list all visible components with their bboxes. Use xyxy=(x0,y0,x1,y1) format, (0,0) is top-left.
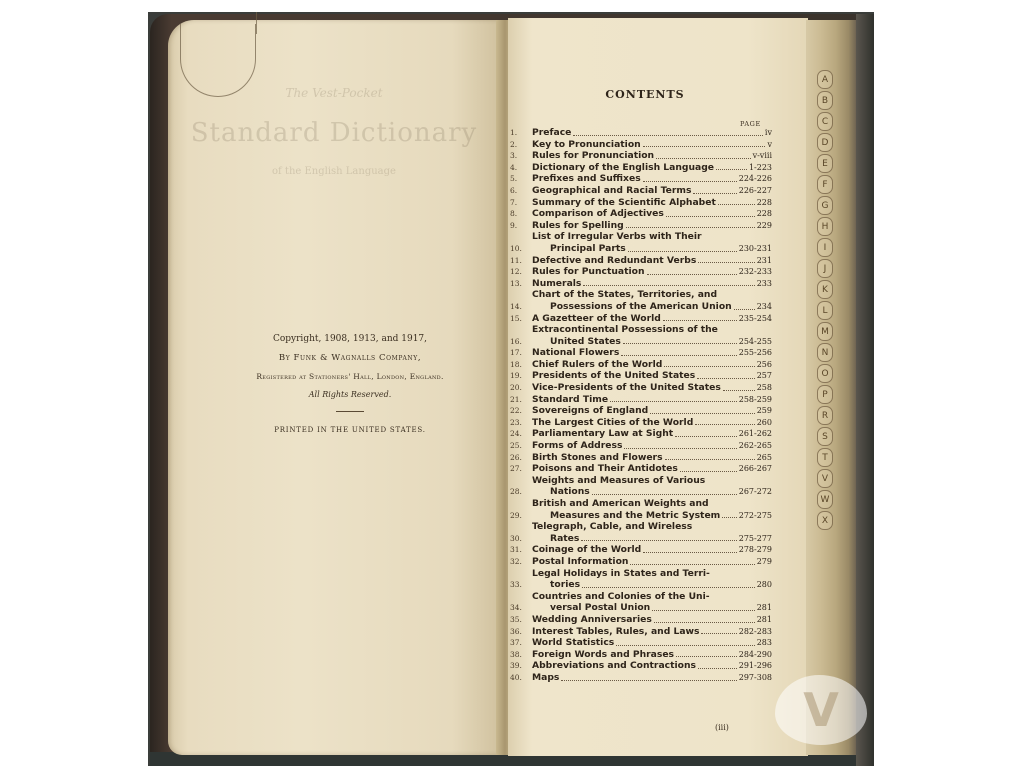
toc-entry-page: 229 xyxy=(757,220,772,232)
toc-entry: 27.Poisons and Their Antidotes266-267 xyxy=(510,463,772,475)
watermark-logo: V xyxy=(775,675,867,745)
thumb-index-tab: V xyxy=(817,469,833,488)
toc-entry-page: 272-275 xyxy=(739,510,772,522)
toc-entry-number: 16. xyxy=(510,336,532,348)
toc-entry-page: 256 xyxy=(757,359,772,371)
toc-entry-title: Principal Parts230-231 xyxy=(532,243,772,255)
toc-entry-title: Summary of the Scientific Alphabet228 xyxy=(532,197,772,209)
thumb-index-tab: W xyxy=(817,490,833,509)
toc-entry-number: 19. xyxy=(510,370,532,382)
toc-entry-title: Foreign Words and Phrases284-290 xyxy=(532,649,772,661)
toc-entry: 22.Sovereigns of England259 xyxy=(510,405,772,417)
toc-entry-page: 280 xyxy=(757,579,772,591)
book-cover-right xyxy=(856,14,874,766)
toc-entry-number: 30. xyxy=(510,533,532,545)
toc-entry-number: 8. xyxy=(510,208,532,220)
toc-entry-page: 267-272 xyxy=(739,486,772,498)
toc-entry: 9.Rules for Spelling229 xyxy=(510,220,772,232)
toc-entry: 40.Maps297-308 xyxy=(510,672,772,684)
toc-entry-number: 21. xyxy=(510,394,532,406)
toc-entry-title: Parliamentary Law at Sight261-262 xyxy=(532,428,772,440)
toc-entry-page: 258-259 xyxy=(739,394,772,406)
thumb-index-tab: K xyxy=(817,280,833,299)
toc-entry-title: Poisons and Their Antidotes266-267 xyxy=(532,463,772,475)
toc-entry: 23.The Largest Cities of the World260 xyxy=(510,417,772,429)
toc-entry-page: 260 xyxy=(757,417,772,429)
leader-dots xyxy=(666,216,755,217)
toc-entry-title: tories280 xyxy=(532,579,772,591)
toc-entry-number: 28. xyxy=(510,486,532,498)
thumb-index-tab: R xyxy=(817,406,833,425)
leader-dots xyxy=(573,135,763,136)
toc-entry-number: 2. xyxy=(510,139,532,151)
toc-entry-title: Geographical and Racial Terms226-227 xyxy=(532,185,772,197)
toc-entry-title: Weights and Measures of Various xyxy=(532,475,772,487)
thumb-index-tab: S xyxy=(817,427,833,446)
leader-dots xyxy=(695,424,754,425)
thumb-index-tab: X xyxy=(817,511,833,530)
toc-entry: 11.Defective and Redundant Verbs231 xyxy=(510,255,772,267)
toc-entry-page: 266-267 xyxy=(739,463,772,475)
toc-entry-number: 12. xyxy=(510,266,532,278)
toc-entry-number: 7. xyxy=(510,197,532,209)
toc-entry-page: 226-227 xyxy=(739,185,772,197)
toc-entry-title: versal Postal Union281 xyxy=(532,602,772,614)
thumb-index-tab: D xyxy=(817,133,833,152)
thumb-index-tab: L xyxy=(817,301,833,320)
toc-entry-title: Postal Information279 xyxy=(532,556,772,568)
toc-entry-title: Prefixes and Suffixes224-226 xyxy=(532,173,772,185)
thumb-index-tab: M xyxy=(817,322,833,341)
toc-entry-number: 36. xyxy=(510,626,532,638)
toc-entry-title: Numerals233 xyxy=(532,278,772,290)
bleed-through-title-small: The Vest-Pocket xyxy=(184,86,484,100)
toc-entry-page: 232-233 xyxy=(739,266,772,278)
toc-entry-page: 258 xyxy=(757,382,772,394)
leader-dots xyxy=(630,564,754,565)
toc-entry-number: 34. xyxy=(510,602,532,614)
thumb-index-tab: T xyxy=(817,448,833,467)
divider-rule xyxy=(336,411,364,412)
toc-entry-page: 265 xyxy=(757,452,772,464)
leader-dots xyxy=(592,494,737,495)
toc-entry-title: British and American Weights and xyxy=(532,498,772,510)
toc-entry-page: 291-296 xyxy=(739,660,772,672)
registered-line: Registered at Stationers' Hall, London, … xyxy=(210,372,490,381)
leader-dots xyxy=(663,320,737,321)
toc-entry: 13.Numerals233 xyxy=(510,278,772,290)
leader-dots xyxy=(654,622,755,623)
toc-entry-title: Telegraph, Cable, and Wireless xyxy=(532,521,772,533)
toc-entry-page: 235-254 xyxy=(739,313,772,325)
toc-entry-title: Key to Pronunciationv xyxy=(532,139,772,151)
copyright-line: Copyright, 1908, 1913, and 1917, xyxy=(210,334,490,344)
leader-dots xyxy=(628,251,737,252)
leader-dots xyxy=(623,343,737,344)
leader-dots xyxy=(675,436,737,437)
leader-dots xyxy=(626,227,755,228)
toc-entry-title: Rules for Punctuation232-233 xyxy=(532,266,772,278)
leader-dots xyxy=(643,146,766,147)
toc-entry-title: Maps297-308 xyxy=(532,672,772,684)
toc-entry-title: Extracontinental Possessions of the xyxy=(532,324,772,336)
toc-entry: 33.Legal Holidays in States and Terri-to… xyxy=(510,568,772,591)
toc-entry-title: Dictionary of the English Language1-223 xyxy=(532,162,772,174)
toc-entry-number: 27. xyxy=(510,463,532,475)
toc-entry-number: 31. xyxy=(510,544,532,556)
toc-entry: 29.British and American Weights andMeasu… xyxy=(510,498,772,521)
toc-entry-title: National Flowers255-256 xyxy=(532,347,772,359)
toc-entry-number: 39. xyxy=(510,660,532,672)
toc-entry: 18.Chief Rulers of the World256 xyxy=(510,359,772,371)
printed-line: PRINTED IN THE UNITED STATES. xyxy=(210,426,490,434)
copyright-block: Copyright, 1908, 1913, and 1917, By Funk… xyxy=(210,334,490,434)
toc-entry-page: 282-283 xyxy=(739,626,772,638)
toc-entry-number: 35. xyxy=(510,614,532,626)
toc-entry: 3.Rules for Pronunciationv-viii xyxy=(510,150,772,162)
toc-entry: 25.Forms of Address262-265 xyxy=(510,440,772,452)
toc-entry: 35.Wedding Anniversaries281 xyxy=(510,614,772,626)
toc-entry-number: 6. xyxy=(510,185,532,197)
thumb-index-tab: J xyxy=(817,259,833,278)
toc-entry: 28.Weights and Measures of VariousNation… xyxy=(510,475,772,498)
leader-dots xyxy=(734,309,755,310)
toc-entry-number: 10. xyxy=(510,243,532,255)
toc-entry: 6.Geographical and Racial Terms226-227 xyxy=(510,185,772,197)
leader-dots xyxy=(676,656,737,657)
toc-entry-title: Vice-Presidents of the United States258 xyxy=(532,382,772,394)
leader-dots xyxy=(647,274,737,275)
thumb-index-tab: A xyxy=(817,70,833,89)
toc-entry-title: Abbreviations and Contractions291-296 xyxy=(532,660,772,672)
toc-entry-title: Presidents of the United States257 xyxy=(532,370,772,382)
toc-entry: 37.World Statistics283 xyxy=(510,637,772,649)
toc-entry: 10.List of Irregular Verbs with TheirPri… xyxy=(510,231,772,254)
thumb-index-tab: E xyxy=(817,154,833,173)
toc-entry-number: 17. xyxy=(510,347,532,359)
rights-line: All Rights Reserved. xyxy=(210,390,490,399)
toc-entry-title: Comparison of Adjectives228 xyxy=(532,208,772,220)
toc-entry-page: 254-255 xyxy=(739,336,772,348)
leader-dots xyxy=(680,471,737,472)
toc-entry-number: 9. xyxy=(510,220,532,232)
toc-entry-page: iv xyxy=(765,127,772,139)
toc-entry-title: Defective and Redundant Verbs231 xyxy=(532,255,772,267)
thumb-index-tab: O xyxy=(817,364,833,383)
toc-entry: 19.Presidents of the United States257 xyxy=(510,370,772,382)
toc-entry-number: 25. xyxy=(510,440,532,452)
toc-entry: 15.A Gazetteer of the World235-254 xyxy=(510,313,772,325)
toc-entry-page: 262-265 xyxy=(739,440,772,452)
toc-entry-number: 29. xyxy=(510,510,532,522)
toc-entry-title: Coinage of the World278-279 xyxy=(532,544,772,556)
toc-entry-page: 297-308 xyxy=(739,672,772,684)
leader-dots xyxy=(624,448,736,449)
thumb-index: ABCDEFGHIJKLMNOPRSTVWX xyxy=(812,70,838,710)
toc-entry-title: Birth Stones and Flowers265 xyxy=(532,452,772,464)
leader-dots xyxy=(665,459,755,460)
thumb-index-tab: F xyxy=(817,175,833,194)
toc-entry-page: 278-279 xyxy=(739,544,772,556)
toc-entry-title: Standard Time258-259 xyxy=(532,394,772,406)
toc-entry-number: 20. xyxy=(510,382,532,394)
toc-entry-number: 4. xyxy=(510,162,532,174)
toc-entry-title: Rules for Spelling229 xyxy=(532,220,772,232)
bleed-through-subtitle: of the English Language xyxy=(184,166,484,177)
toc-entry-page: 224-226 xyxy=(739,173,772,185)
toc-entry: 8.Comparison of Adjectives228 xyxy=(510,208,772,220)
toc-entry-title: Wedding Anniversaries281 xyxy=(532,614,772,626)
toc-entry-page: 255-256 xyxy=(739,347,772,359)
thumb-index-tab: I xyxy=(817,238,833,257)
leader-dots xyxy=(582,587,755,588)
toc-entry: 20.Vice-Presidents of the United States2… xyxy=(510,382,772,394)
toc-entry: 26.Birth Stones and Flowers265 xyxy=(510,452,772,464)
toc-entry-number: 18. xyxy=(510,359,532,371)
toc-entry-number: 26. xyxy=(510,452,532,464)
leader-dots xyxy=(583,285,754,286)
contents-title: CONTENTS xyxy=(560,88,730,101)
watermark-v-icon: V xyxy=(803,683,839,737)
table-of-contents: 1.Prefaceiv2.Key to Pronunciationv3.Rule… xyxy=(510,127,772,684)
leader-dots xyxy=(616,645,754,646)
toc-entry-title: Sovereigns of England259 xyxy=(532,405,772,417)
toc-entry-number: 15. xyxy=(510,313,532,325)
toc-entry-title: Chart of the States, Territories, and xyxy=(532,289,772,301)
toc-entry-page: 1-223 xyxy=(749,162,772,174)
toc-entry-number: 22. xyxy=(510,405,532,417)
toc-entry-number: 40. xyxy=(510,672,532,684)
toc-entry-page: v xyxy=(767,139,772,151)
toc-entry-title: United States254-255 xyxy=(532,336,772,348)
toc-entry: 12.Rules for Punctuation232-233 xyxy=(510,266,772,278)
toc-entry: 34.Countries and Colonies of the Uni-ver… xyxy=(510,591,772,614)
leader-dots xyxy=(723,390,755,391)
toc-entry-number: 3. xyxy=(510,150,532,162)
toc-entry-page: 230-231 xyxy=(739,243,772,255)
leader-dots xyxy=(610,401,737,402)
toc-entry: 16.Extracontinental Possessions of theUn… xyxy=(510,324,772,347)
thumb-index-tab: P xyxy=(817,385,833,404)
leader-dots xyxy=(693,193,736,194)
toc-entry-title: Nations267-272 xyxy=(532,486,772,498)
toc-entry-title: Forms of Address262-265 xyxy=(532,440,772,452)
toc-entry-number: 11. xyxy=(510,255,532,267)
toc-entry: 36.Interest Tables, Rules, and Laws282-2… xyxy=(510,626,772,638)
bleed-through-title-large: Standard Dictionary xyxy=(184,118,484,148)
thumb-index-tab: C xyxy=(817,112,833,131)
toc-entry: 21.Standard Time258-259 xyxy=(510,394,772,406)
toc-entry: 4.Dictionary of the English Language1-22… xyxy=(510,162,772,174)
publisher-line: By Funk & Wagnalls Company, xyxy=(210,353,490,363)
toc-entry-title: Countries and Colonies of the Uni- xyxy=(532,591,772,603)
leader-dots xyxy=(718,204,755,205)
toc-entry-page: 279 xyxy=(757,556,772,568)
toc-entry-title: Chief Rulers of the World256 xyxy=(532,359,772,371)
toc-entry-page: 231 xyxy=(757,255,772,267)
page-folio: (iii) xyxy=(715,723,729,732)
toc-entry-title: The Largest Cities of the World260 xyxy=(532,417,772,429)
toc-entry: 32.Postal Information279 xyxy=(510,556,772,568)
leader-dots xyxy=(697,378,754,379)
toc-entry-page: 259 xyxy=(757,405,772,417)
leader-dots xyxy=(656,158,750,159)
thumb-index-tab: H xyxy=(817,217,833,236)
toc-entry-title: Prefaceiv xyxy=(532,127,772,139)
toc-entry: 7.Summary of the Scientific Alphabet228 xyxy=(510,197,772,209)
toc-entry-title: Legal Holidays in States and Terri- xyxy=(532,568,772,580)
toc-entry-number: 32. xyxy=(510,556,532,568)
toc-entry-number: 38. xyxy=(510,649,532,661)
toc-entry-title: A Gazetteer of the World235-254 xyxy=(532,313,772,325)
toc-entry: 31.Coinage of the World278-279 xyxy=(510,544,772,556)
leader-dots xyxy=(643,552,737,553)
toc-entry: 5.Prefixes and Suffixes224-226 xyxy=(510,173,772,185)
toc-entry: 24.Parliamentary Law at Sight261-262 xyxy=(510,428,772,440)
toc-entry-page: 281 xyxy=(757,602,772,614)
toc-entry-page: 284-290 xyxy=(739,649,772,661)
leader-dots xyxy=(643,181,737,182)
toc-entry-number: 37. xyxy=(510,637,532,649)
toc-entry: 39.Abbreviations and Contractions291-296 xyxy=(510,660,772,672)
leader-dots xyxy=(722,517,736,518)
thumb-index-tab: G xyxy=(817,196,833,215)
toc-entry-title: Rates275-277 xyxy=(532,533,772,545)
toc-entry: 14.Chart of the States, Territories, and… xyxy=(510,289,772,312)
toc-entry-number: 1. xyxy=(510,127,532,139)
toc-entry-title: Possessions of the American Union234 xyxy=(532,301,772,313)
leader-dots xyxy=(621,355,736,356)
toc-entry-page: 228 xyxy=(757,208,772,220)
toc-entry-number: 5. xyxy=(510,173,532,185)
thumb-index-tab: N xyxy=(817,343,833,362)
thumb-index-tab: B xyxy=(817,91,833,110)
toc-entry-number: 13. xyxy=(510,278,532,290)
leader-dots xyxy=(701,633,736,634)
toc-entry-page: v-viii xyxy=(753,150,772,162)
toc-entry-page: 283 xyxy=(757,637,772,649)
leader-dots xyxy=(561,680,736,681)
toc-entry-number: 14. xyxy=(510,301,532,313)
toc-entry-title: Measures and the Metric System272-275 xyxy=(532,510,772,522)
leader-dots xyxy=(698,262,754,263)
leader-dots xyxy=(650,413,755,414)
toc-entry-page: 234 xyxy=(757,301,772,313)
toc-entry-page: 261-262 xyxy=(739,428,772,440)
toc-entry-page: 281 xyxy=(757,614,772,626)
toc-entry-page: 233 xyxy=(757,278,772,290)
toc-entry: 17.National Flowers255-256 xyxy=(510,347,772,359)
leader-dots xyxy=(698,668,737,669)
leader-dots xyxy=(716,169,747,170)
toc-entry: 30.Telegraph, Cable, and WirelessRates27… xyxy=(510,521,772,544)
leader-dots xyxy=(581,540,736,541)
toc-entry-title: List of Irregular Verbs with Their xyxy=(532,231,772,243)
toc-entry-page: 275-277 xyxy=(739,533,772,545)
toc-entry-number: 24. xyxy=(510,428,532,440)
toc-entry-number: 23. xyxy=(510,417,532,429)
toc-entry: 2.Key to Pronunciationv xyxy=(510,139,772,151)
toc-entry: 38.Foreign Words and Phrases284-290 xyxy=(510,649,772,661)
toc-entry-number: 33. xyxy=(510,579,532,591)
toc-entry-title: Interest Tables, Rules, and Laws282-283 xyxy=(532,626,772,638)
leader-dots xyxy=(664,366,754,367)
toc-entry-title: Rules for Pronunciationv-viii xyxy=(532,150,772,162)
toc-entry: 1.Prefaceiv xyxy=(510,127,772,139)
toc-entry-page: 257 xyxy=(757,370,772,382)
toc-entry-page: 228 xyxy=(757,197,772,209)
toc-entry-title: World Statistics283 xyxy=(532,637,772,649)
leader-dots xyxy=(652,610,754,611)
